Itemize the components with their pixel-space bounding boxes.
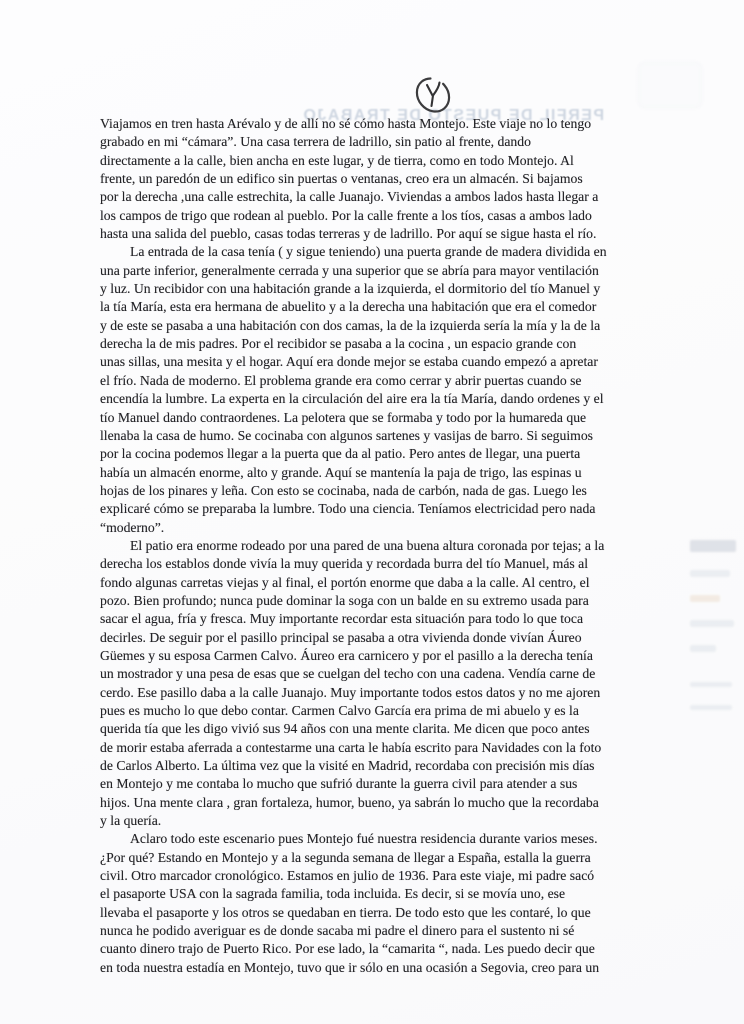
faint-smudge bbox=[638, 62, 702, 108]
text-line: frente, un paredón de un edifico sin pue… bbox=[100, 170, 675, 188]
text-line: Güemes y su esposa Carmen Calvo. Áureo e… bbox=[100, 647, 675, 665]
text-line: llevaba el pasaporte y los otros se qued… bbox=[100, 904, 675, 922]
text-line: directamente a la calle, bien ancha en e… bbox=[100, 152, 675, 170]
circled-mark-icon bbox=[410, 70, 456, 118]
text-line: cuanto dinero trajo de Puerto Rico. Por … bbox=[100, 940, 675, 958]
paragraph: La entrada de la casa tenía ( y sigue te… bbox=[100, 243, 675, 537]
paragraph: Viajamos en tren hasta Arévalo y de allí… bbox=[100, 115, 675, 243]
text-line: de morir estaba aferrada a contestarme u… bbox=[100, 739, 675, 757]
text-line: nunca he podido averiguar es de donde sa… bbox=[100, 922, 675, 940]
text-line: derecha la de mis padres. Por el recibid… bbox=[100, 335, 675, 353]
text-line: de Carlos Alberto. La última vez que la … bbox=[100, 757, 675, 775]
text-line: Viajamos en tren hasta Arévalo y de allí… bbox=[100, 115, 675, 133]
text-line: pozo. Bien profundo; nunca pude dominar … bbox=[100, 592, 675, 610]
scanned-document-page: PERFIL DE PUESTO DE TRABAJO Viajamos en … bbox=[0, 0, 744, 1024]
text-line: el frío. Nada de moderno. El problema gr… bbox=[100, 372, 675, 390]
text-line: hijos. Una mente clara , gran fortaleza,… bbox=[100, 794, 675, 812]
text-line: hasta una salida del pueblo, casas todas… bbox=[100, 225, 675, 243]
text-line: explicaré cómo se preparaba la lumbre. T… bbox=[100, 500, 675, 518]
text-line: una parte inferior, generalmente cerrada… bbox=[100, 262, 675, 280]
text-line: decirles. De seguir por el pasillo princ… bbox=[100, 629, 675, 647]
handwritten-circled-mark bbox=[410, 70, 456, 118]
text-line: grabado en mi “cámara”. Una casa terrera… bbox=[100, 133, 675, 151]
text-line: cerdo. Ese pasillo daba a la calle Juana… bbox=[100, 684, 675, 702]
text-line: unas sillas, una mesita y el hogar. Aquí… bbox=[100, 353, 675, 371]
text-line: “moderno”. bbox=[100, 519, 675, 537]
text-line: fondo algunas carretas viejas y al final… bbox=[100, 574, 675, 592]
text-line: La entrada de la casa tenía ( y sigue te… bbox=[100, 243, 675, 261]
text-line: derecha los establos donde vivía la muy … bbox=[100, 555, 675, 573]
text-line: por la cocina podemos llegar a la puerta… bbox=[100, 445, 675, 463]
text-line: El patio era enorme rodeado por una pare… bbox=[100, 537, 675, 555]
text-line: y la quería. bbox=[100, 812, 675, 830]
text-line: había un almacén enorme, alto y grande. … bbox=[100, 464, 675, 482]
text-line: tío Manuel dando contraordenes. La pelot… bbox=[100, 409, 675, 427]
text-line: y de este se pasaba a una habitación con… bbox=[100, 317, 675, 335]
paragraph: Aclaro todo este escenario pues Montejo … bbox=[100, 830, 675, 977]
text-line: en toda nuestra estadía en Montejo, tuvo… bbox=[100, 959, 675, 977]
text-line: un mostrador y una pesa de esas que se c… bbox=[100, 665, 675, 683]
text-line: encendía la lumbre. La experta en la cir… bbox=[100, 390, 675, 408]
text-line: el pasaporte USA con la sagrada familia,… bbox=[100, 885, 675, 903]
text-line: los campos de trigo que rodean al pueblo… bbox=[100, 207, 675, 225]
text-line: pues es mucho lo que debo contar. Carmen… bbox=[100, 702, 675, 720]
text-line: hojas de los pinares y leña. Con esto se… bbox=[100, 482, 675, 500]
text-line: y luz. Un recibidor con una habitación g… bbox=[100, 280, 675, 298]
paragraph: El patio era enorme rodeado por una pare… bbox=[100, 537, 675, 831]
text-line: por la derecha ,una calle estrechita, la… bbox=[100, 188, 675, 206]
text-block: Viajamos en tren hasta Arévalo y de allí… bbox=[100, 115, 675, 977]
text-line: en Montejo y me contaba lo mucho que suf… bbox=[100, 775, 675, 793]
text-line: la tía María, esta era hermana de abueli… bbox=[100, 298, 675, 316]
text-line: ¿Por qué? Estando en Montejo y a la segu… bbox=[100, 849, 675, 867]
text-line: Aclaro todo este escenario pues Montejo … bbox=[100, 830, 675, 848]
edge-bleed-marks bbox=[690, 540, 740, 728]
text-line: civil. Otro marcador cronológico. Estamo… bbox=[100, 867, 675, 885]
text-line: querida tía que les digo vivió sus 94 añ… bbox=[100, 720, 675, 738]
text-line: llenaba la casa de humo. Se cocinaba con… bbox=[100, 427, 675, 445]
text-line: sacar el agua, fría y fresca. Muy import… bbox=[100, 610, 675, 628]
